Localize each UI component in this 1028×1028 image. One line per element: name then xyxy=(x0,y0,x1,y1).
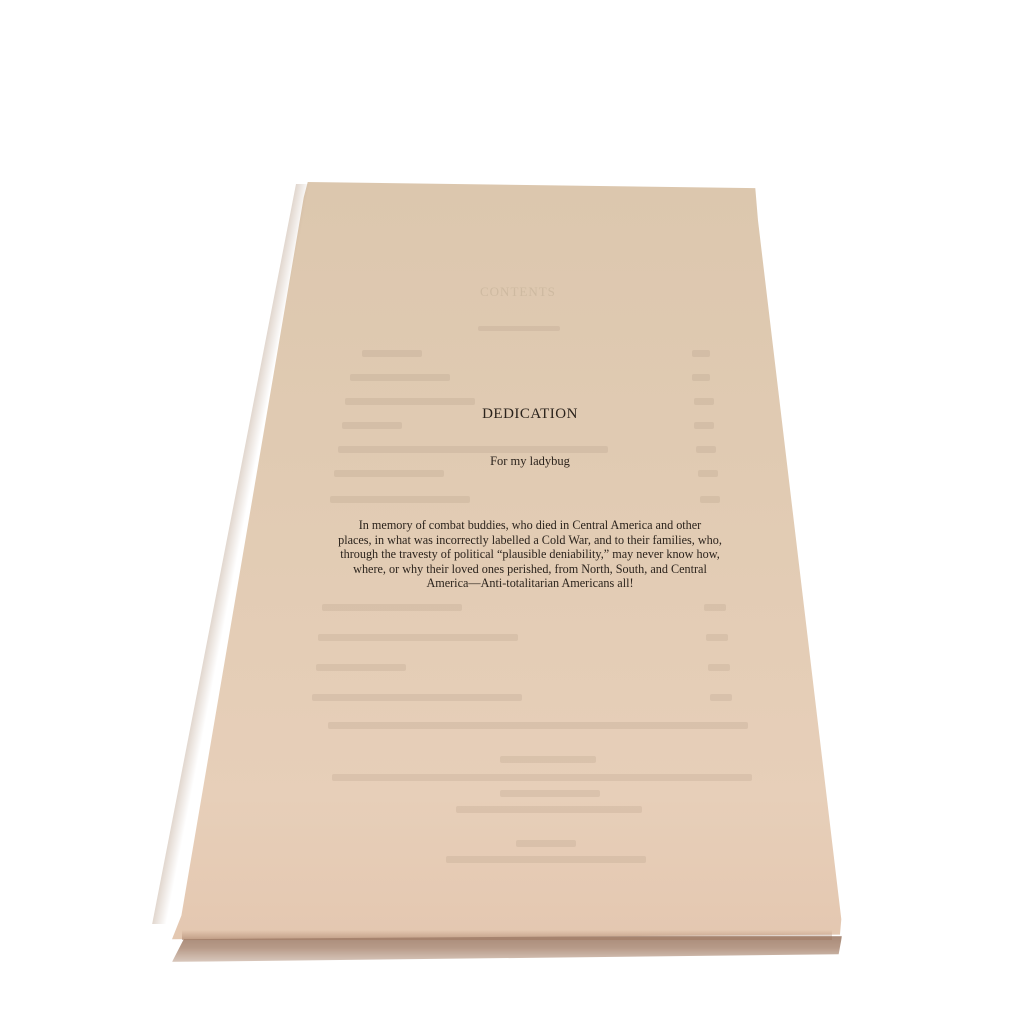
bleed-through-heading: CONTENTS xyxy=(480,284,556,300)
bleed-through-line xyxy=(350,374,450,381)
bleed-through-line xyxy=(704,604,726,611)
bleed-through-line xyxy=(342,422,402,429)
memorial-paragraph: In memory of combat buddies, who died in… xyxy=(322,518,738,591)
bleed-through-line xyxy=(446,856,646,863)
photo-scene: CONTENTS DEDICATION For my ladybug In me… xyxy=(0,0,1028,1028)
memorial-line: America—Anti-totalitarian Americans all! xyxy=(322,576,738,591)
bleed-through-line xyxy=(345,398,475,405)
bleed-through-line xyxy=(694,422,714,429)
bleed-through-line xyxy=(318,634,518,641)
bleed-through-line xyxy=(698,470,718,477)
bleed-through-line xyxy=(328,722,748,729)
page-bottom-shading xyxy=(182,930,832,940)
bleed-through-line xyxy=(330,496,470,503)
bleed-through-line xyxy=(500,790,600,797)
memorial-line: through the travesty of political “plaus… xyxy=(322,547,738,562)
bleed-through-line xyxy=(700,496,720,503)
memorial-line: places, in what was incorrectly labelled… xyxy=(322,533,738,548)
bleed-through-line xyxy=(332,774,752,781)
dedication-subtitle: For my ladybug xyxy=(330,454,730,469)
bleed-through-line xyxy=(500,756,596,763)
bleed-through-line xyxy=(322,604,462,611)
bleed-through-line xyxy=(706,634,728,641)
memorial-line: In memory of combat buddies, who died in… xyxy=(322,518,738,533)
bleed-through-line xyxy=(456,806,642,813)
bleed-through-line xyxy=(710,694,732,701)
bleed-through-line xyxy=(708,664,730,671)
bleed-through-line xyxy=(338,446,608,453)
bleed-through-line xyxy=(312,694,522,701)
bleed-through-line xyxy=(516,840,576,847)
dedication-title: DEDICATION xyxy=(330,406,730,423)
memorial-line: where, or why their loved ones perished,… xyxy=(322,562,738,577)
bleed-through-line xyxy=(696,446,716,453)
bleed-through-line xyxy=(334,470,444,477)
bleed-through-line xyxy=(362,350,422,357)
bleed-through-line xyxy=(316,664,406,671)
bleed-through-line xyxy=(692,374,710,381)
bleed-through-line xyxy=(478,326,560,331)
bleed-through-line xyxy=(694,398,714,405)
bleed-through-line xyxy=(692,350,710,357)
